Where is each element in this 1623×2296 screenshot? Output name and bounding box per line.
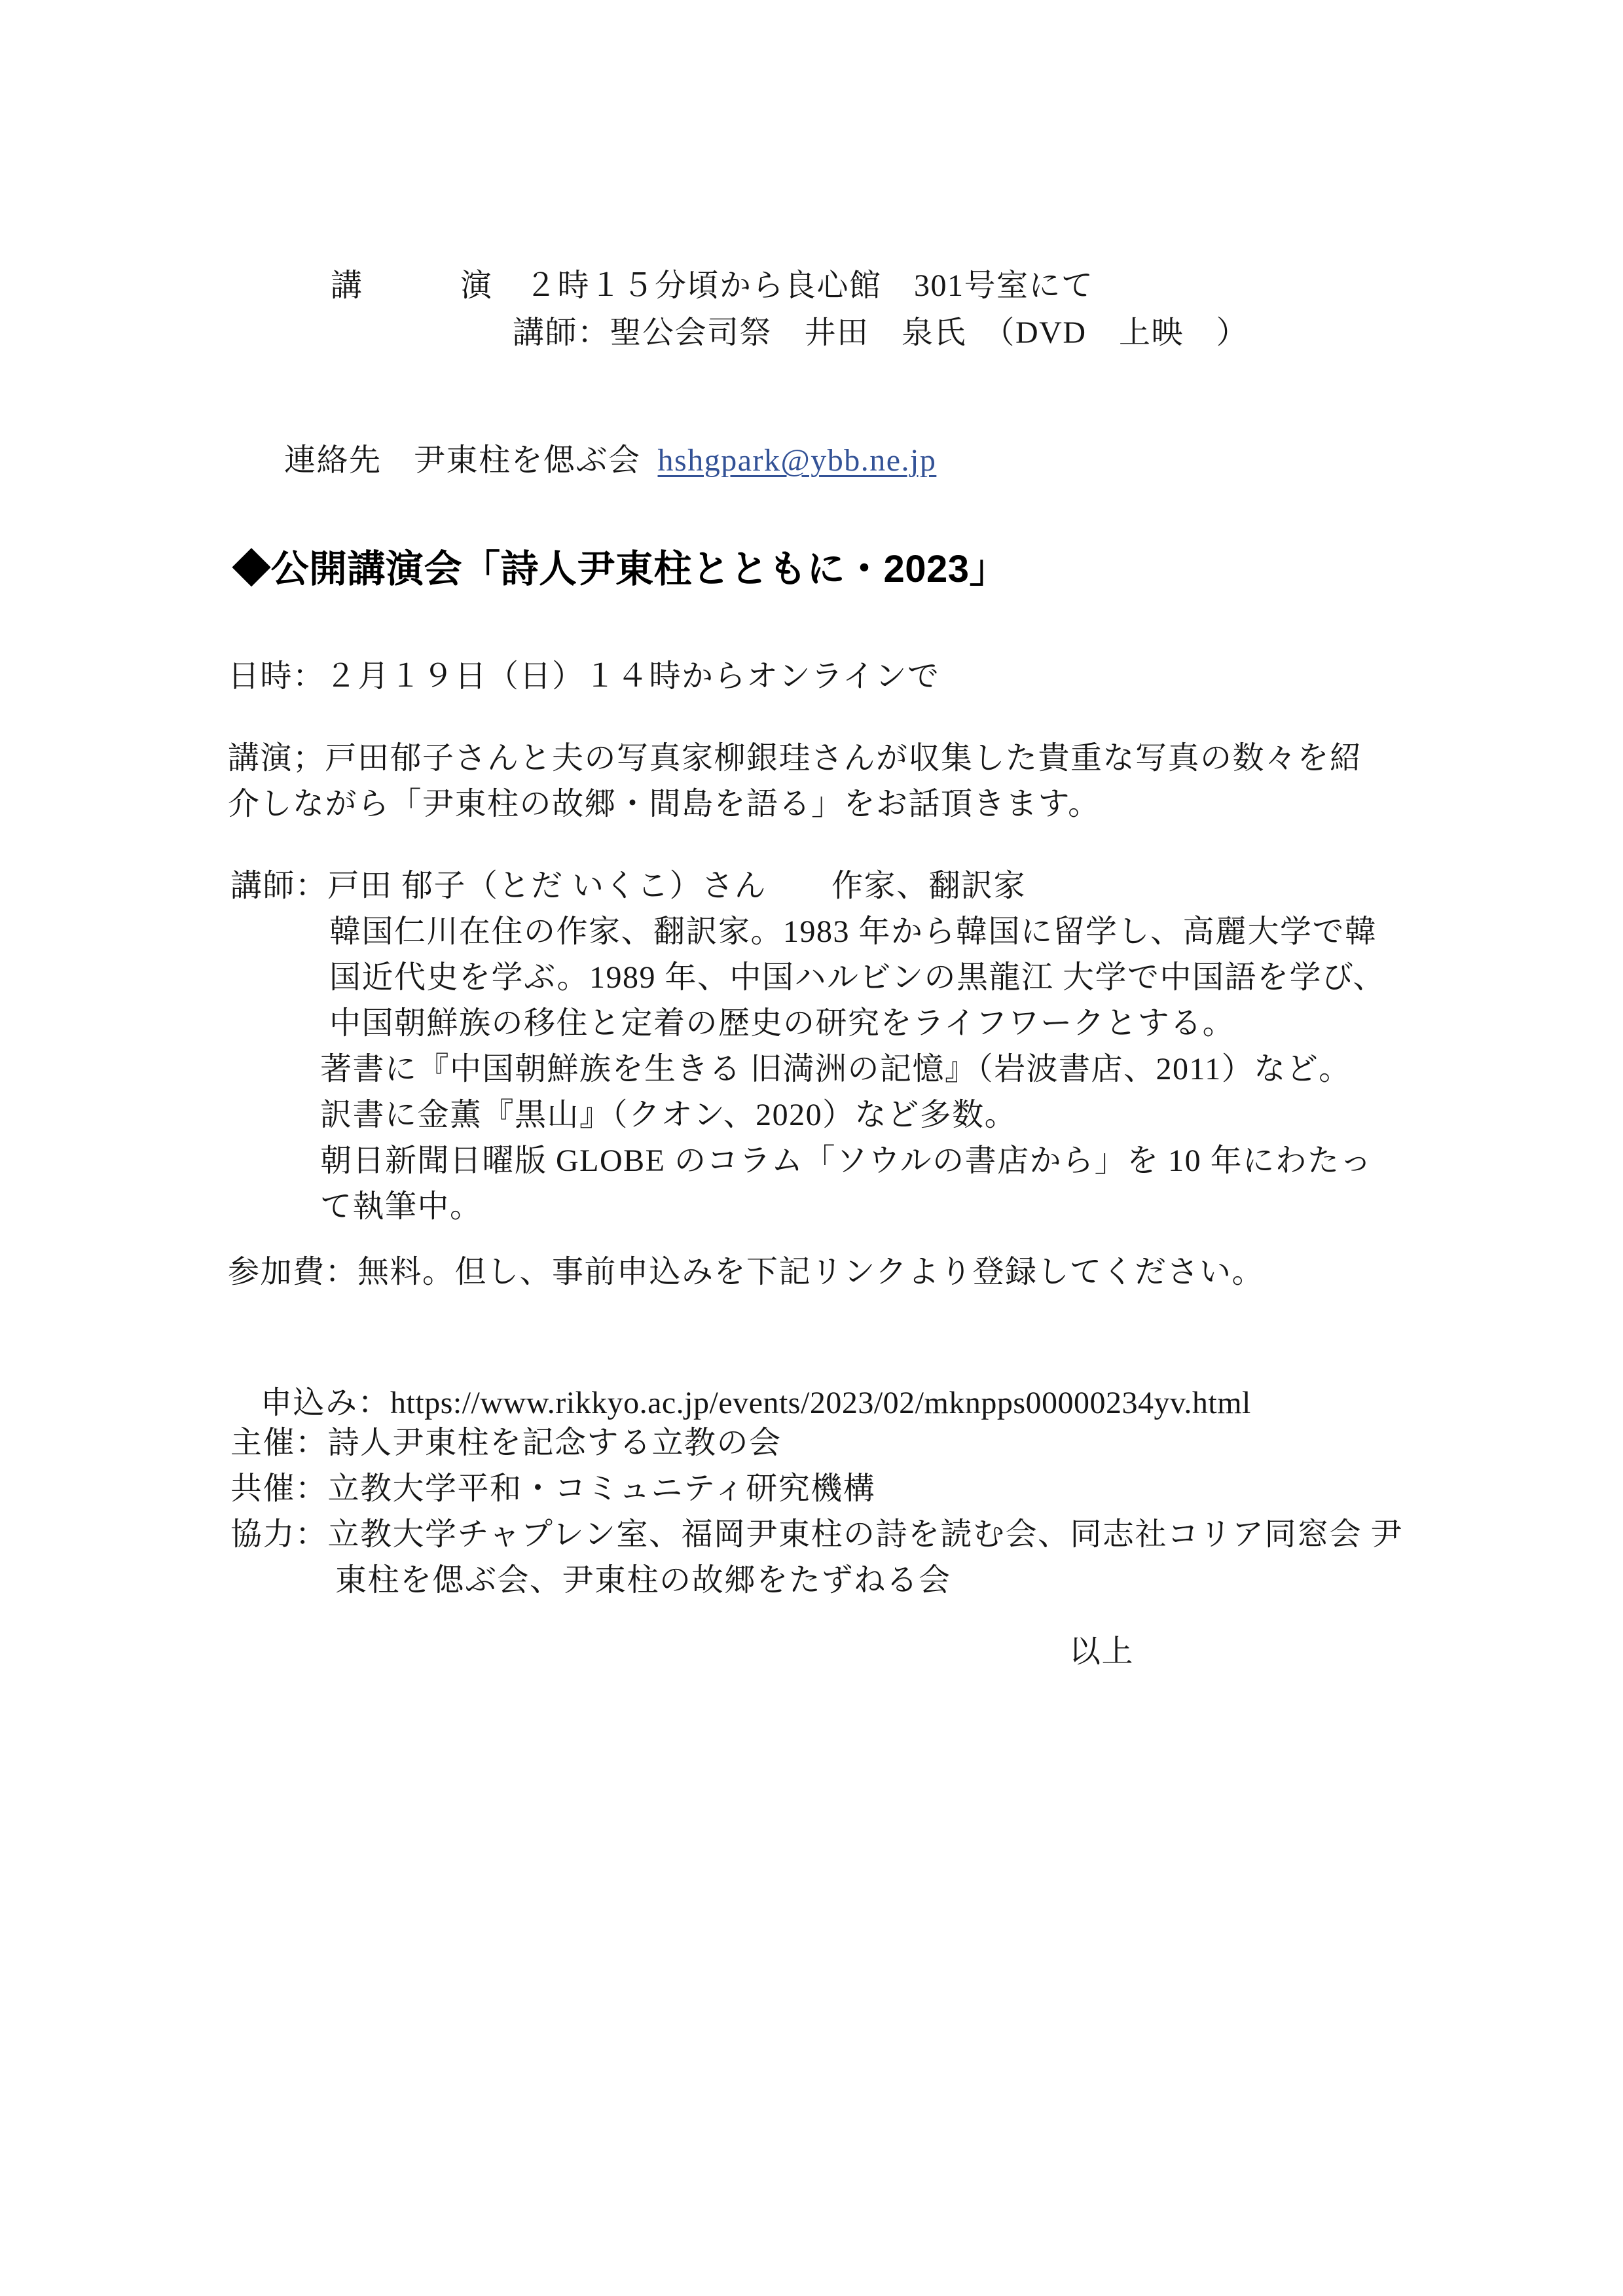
closing-text: 以上 [1069,1631,1134,1673]
cohost-line: 共催：立教大学平和・コミュニティ研究機構 [230,1468,875,1510]
fee-line: 参加費：無料。但し、事前申込みを下記リンクより登録してください。 [228,1251,1264,1293]
lecturer-bio-line: 韓国仁川在住の作家、翻訳家。1983 年から韓国に留学し、高麗大学で韓 [329,911,1377,953]
application-label: 申込み： [261,1386,390,1420]
lecturer-bio-line: 中国朝鮮族の移住と定着の歴史の研究をライフワークとする。 [329,1003,1235,1045]
contact-line: 連絡先 尹東柱を偲ぶ会hshgpark@ybb.ne.jp [249,398,936,524]
public-lecture-heading: ◆公開講演会「詩人尹東柱とともに・2023」 [232,548,1008,590]
application-url[interactable]: https://www.rikkyo.ac.jp/events/2023/02/… [390,1386,1251,1420]
lecture-session-line: 講 演 ２時１５分頃から良心館 301号室にて [331,265,1094,307]
cooperation-line-2: 東柱を偲ぶ会、尹東柱の故郷をたずねる会 [335,1560,951,1602]
host-line: 主催：詩人尹東柱を記念する立教の会 [230,1422,782,1464]
lecture-description-line-1: 講演；戸田郁子さんと夫の写真家柳銀珪さんが収集した貴重な写真の数々を紹 [228,738,1362,780]
document-page: 講 演 ２時１５分頃から良心館 301号室にて 講師：聖公会司祭 井田 泉氏 （… [0,0,1623,2296]
lecturer-bio-line: 訳書に金薫『黒山』（クオン、2020）など多数。 [320,1094,1017,1136]
lecturer-bio-line: 朝日新聞日曜版 GLOBE のコラム「ソウルの書店から」を 10 年にわたっ [320,1140,1372,1182]
lecture-speaker-line: 講師：聖公会司祭 井田 泉氏 （DVD 上映 ） [513,312,1249,354]
lecture-description-line-2: 介しながら「尹東柱の故郷・間島を語る」をお話頂きます。 [228,783,1101,825]
cooperation-line-1: 協力：立教大学チャプレン室、福岡尹東柱の詩を読む会、同志社コリア同窓会 尹 [230,1514,1403,1556]
contact-label: 連絡先 尹東柱を偲ぶ会 [284,443,641,478]
lecturer-bio-line: 国近代史を学ぶ。1989 年、中国ハルビンの黒龍江 大学で中国語を学び、 [329,957,1385,999]
lecturer-bio-line: 著書に『中国朝鮮族を生きる 旧満洲の記憶』（岩波書店、2011）など。 [320,1049,1351,1090]
lecturer-bio-line: て執筆中。 [320,1186,483,1228]
datetime-line: 日時：２月１９日（日）１４時からオンラインで [228,656,940,698]
lecturer-name-line: 講師：戸田 郁子（とだ いくこ）さん 作家、翻訳家 [230,865,1026,907]
contact-email-link[interactable]: hshgpark@ybb.ne.jp [658,443,937,478]
